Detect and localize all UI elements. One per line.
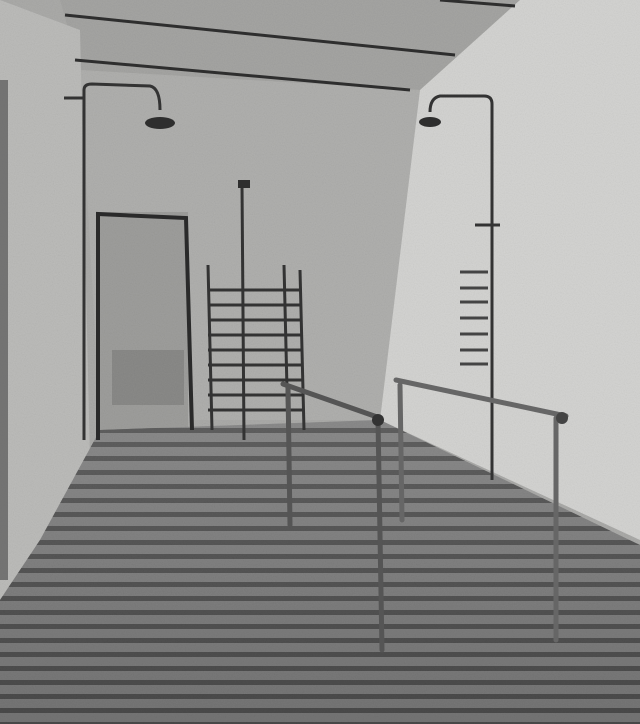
shower-room-photo xyxy=(0,0,640,724)
